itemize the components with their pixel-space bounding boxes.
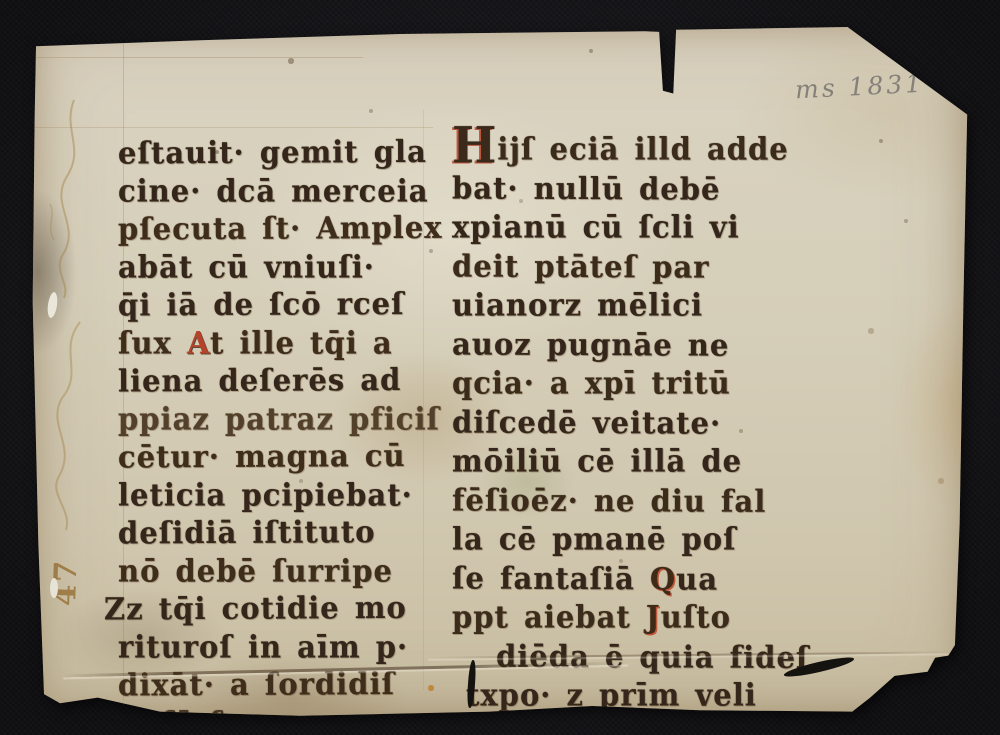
text-line: la cē pmanē poſ <box>452 519 792 560</box>
text-segment: ppt aiebat <box>452 599 646 635</box>
text-segment: t ille tq̄i a <box>210 325 393 361</box>
stain-speckles <box>28 20 30 22</box>
text-segment: ſux <box>118 325 187 361</box>
text-segment: ua <box>676 561 718 597</box>
text-line: Zz tq̄i cotidie mo <box>104 587 448 629</box>
edge-hole <box>50 578 58 598</box>
text-line: fēſioēz· ne diu fal <box>452 480 792 522</box>
manuscript-leaf-photo: ms 1831 47 eſtauit· gemit gla cine· dcā … <box>28 20 970 720</box>
text-segment: ſe fantaſiā <box>452 560 650 597</box>
text-line: ſe fantaſiā Qua <box>452 558 792 600</box>
text-line: liena deſerēs ad <box>118 359 448 401</box>
text-line: nō debē ſurripe <box>118 551 448 591</box>
text-line: abāt cū vniuſi· <box>118 247 448 287</box>
shelfmark-pencil: ms 1831 <box>794 69 924 105</box>
text-line: deſidiā iſtituto <box>118 511 448 553</box>
text-line: cine· dcā merceia <box>118 171 448 211</box>
right-text-column: Hijſ eciā illd adde bat· nullū debē xpia… <box>452 130 792 715</box>
text-line: ſux At ille tq̄i a <box>118 323 448 363</box>
text-line: bat· nullū debē <box>452 168 792 210</box>
text-line: eſtauit· gemit gla <box>118 131 448 173</box>
margin-scribble <box>36 86 106 566</box>
text-line: ppiaz patraz pficiſ <box>118 399 448 439</box>
photo-frame: { "colors": { "background": "#17161a", "… <box>0 0 1000 735</box>
text-line: leticia pcipiebat· <box>118 475 448 515</box>
rubric-initial: A <box>187 325 210 361</box>
parchment-leaf: ms 1831 47 eſtauit· gemit gla cine· dcā … <box>28 20 970 720</box>
red-touched-capital: J <box>646 599 661 635</box>
text-line: deit ptāteſ par <box>452 246 792 288</box>
text-segment: uſto <box>661 599 731 635</box>
decorated-initial: H <box>452 126 497 167</box>
red-touched-capital: Q <box>650 561 676 597</box>
text-line-fragment: ſt ſē ſ <box>118 703 448 735</box>
text-line: mōiliū cē illā de <box>452 441 792 482</box>
text-line: auoz pugnāe ne <box>452 324 792 366</box>
text-line: Hijſ eciā illd adde <box>452 129 792 170</box>
text-line: txpo· z prīm veli <box>452 675 792 716</box>
ruling-line-horizontal <box>33 57 363 58</box>
text-line: pſecuta ſt· Amplex <box>118 207 448 249</box>
text-line: cētur· magna cū <box>118 435 448 477</box>
left-text-column: eſtauit· gemit gla cine· dcā merceia pſe… <box>118 134 448 735</box>
text-line: q̄i iā de ſcō rceſ <box>118 283 448 325</box>
text-line: diſcedē veitate· <box>452 402 792 444</box>
text-line: ppt aiebat Juſto <box>452 597 792 638</box>
text-line: uianorz mēlici <box>452 285 792 326</box>
text-line: xpianū cū ſcli vi <box>452 207 792 248</box>
text-line: rituroſ in aīm p· <box>118 627 448 667</box>
text-line: qcia· a xpī tritū <box>452 363 792 404</box>
text-segment: ijſ eciā illd adde <box>497 131 788 167</box>
